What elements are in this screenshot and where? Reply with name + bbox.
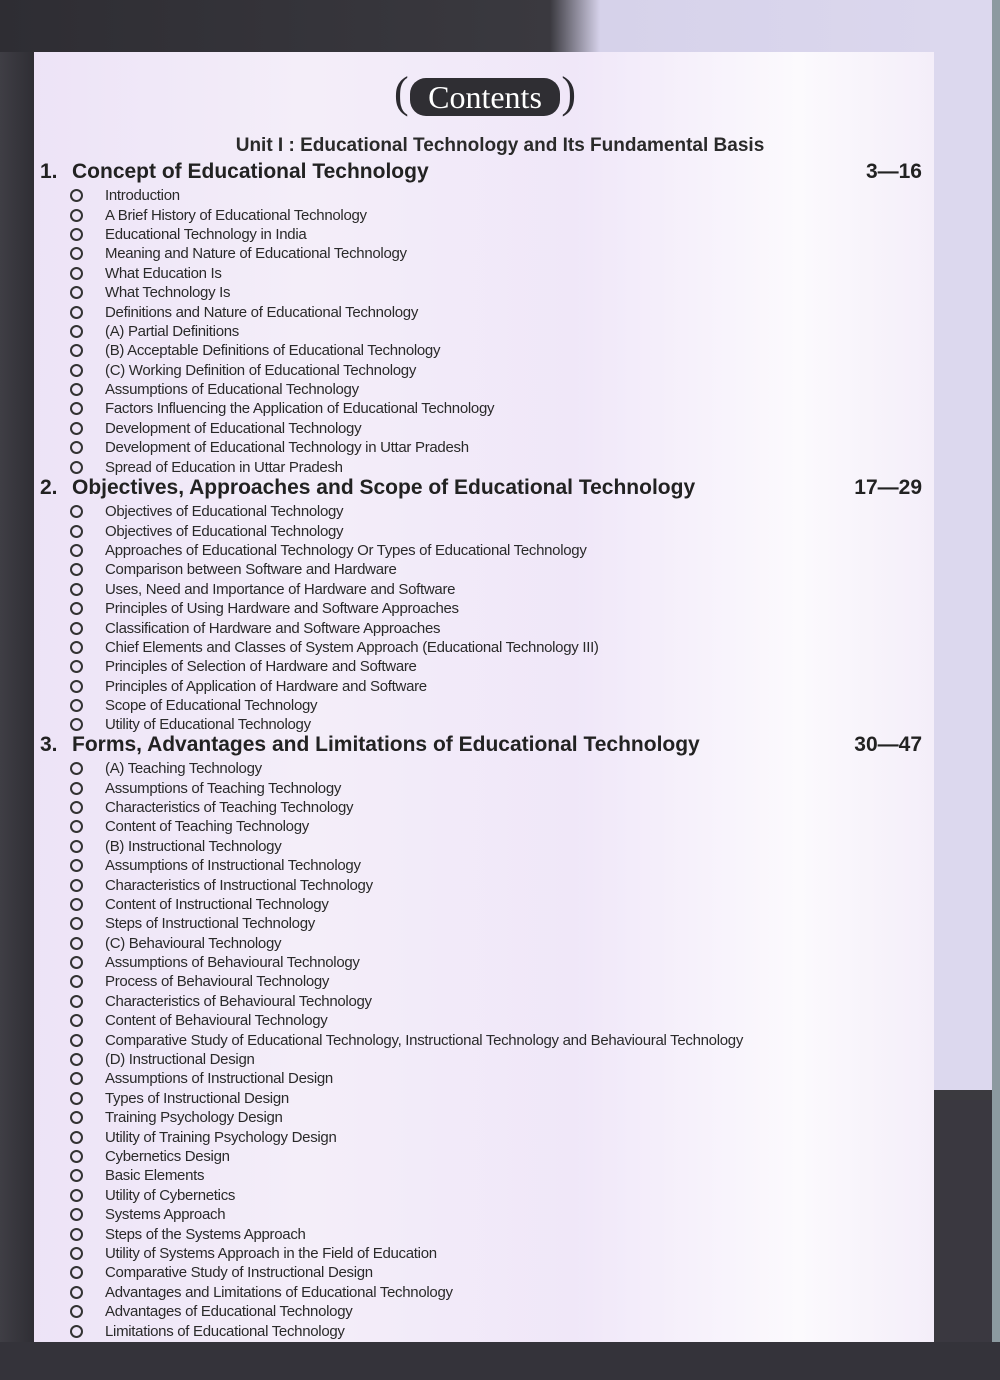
chapter-2-topics: Objectives of Educational TechnologyObje… [40, 502, 930, 735]
topic-item[interactable]: (A) Partial Definitions [40, 322, 930, 341]
topic-label: Content of Teaching Technology [105, 818, 309, 835]
topic-label: Assumptions of Educational Technology [105, 381, 359, 398]
chapter-pages: 17—29 [854, 476, 922, 500]
unit-title: Unit I : Educational Technology and Its … [0, 135, 1000, 157]
circle-bullet-icon [70, 956, 83, 969]
topic-label: (B) Acceptable Definitions of Educationa… [105, 342, 440, 359]
circle-bullet-icon [70, 441, 83, 454]
circle-bullet-icon [70, 641, 83, 654]
circle-bullet-icon [70, 461, 83, 474]
circle-bullet-icon [70, 344, 83, 357]
topic-item[interactable]: A Brief History of Educational Technolog… [40, 205, 930, 224]
right-background [930, 0, 1000, 1090]
circle-bullet-icon [70, 1266, 83, 1279]
topic-label: Training Psychology Design [105, 1109, 283, 1126]
topic-label: Characteristics of Instructional Technol… [105, 877, 373, 894]
topic-item[interactable]: Assumptions of Behavioural Technology [40, 953, 930, 972]
chapter-1: 1.Concept of Educational Technology 3—16… [40, 160, 930, 477]
topic-label: Spread of Education in Uttar Pradesh [105, 459, 343, 476]
topic-item[interactable]: Systems Approach [40, 1205, 930, 1224]
chapter-3-topics: (A) Teaching TechnologyAssumptions of Te… [40, 759, 930, 1341]
topic-item[interactable]: Comparison between Software and Hardware [40, 560, 930, 579]
topic-label: Advantages of Educational Technology [105, 1303, 352, 1320]
circle-bullet-icon [70, 859, 83, 872]
topic-label: Systems Approach [105, 1206, 225, 1223]
circle-bullet-icon [70, 1208, 83, 1221]
topic-item[interactable]: What Education Is [40, 264, 930, 283]
circle-bullet-icon [70, 975, 83, 988]
circle-bullet-icon [70, 1247, 83, 1260]
circle-bullet-icon [70, 247, 83, 260]
topic-label: Objectives of Educational Technology [105, 503, 343, 520]
topic-item[interactable]: Content of Teaching Technology [40, 817, 930, 836]
topic-item[interactable]: Scope of Educational Technology [40, 696, 930, 715]
topic-label: Uses, Need and Importance of Hardware an… [105, 581, 455, 598]
chapter-title: Forms, Advantages and Limitations of Edu… [72, 733, 700, 756]
topic-item[interactable]: Uses, Need and Importance of Hardware an… [40, 580, 930, 599]
topic-label: Characteristics of Teaching Technology [105, 799, 353, 816]
topic-item[interactable]: Comparative Study of Educational Technol… [40, 1030, 930, 1049]
topic-item[interactable]: (C) Working Definition of Educational Te… [40, 361, 930, 380]
right-dark-corner [940, 1100, 992, 1380]
topic-item[interactable]: Assumptions of Teaching Technology [40, 778, 930, 797]
circle-bullet-icon [70, 782, 83, 795]
circle-bullet-icon [70, 364, 83, 377]
topic-item[interactable]: Factors Influencing the Application of E… [40, 399, 930, 418]
chapter-heading[interactable]: 2.Objectives, Approaches and Scope of Ed… [40, 476, 930, 502]
topic-label: Steps of Instructional Technology [105, 915, 315, 932]
topic-label: Comparative Study of Educational Technol… [105, 1032, 743, 1049]
circle-bullet-icon [70, 622, 83, 635]
topic-label: Assumptions of Teaching Technology [105, 780, 341, 797]
topic-item[interactable]: Content of Instructional Technology [40, 895, 930, 914]
circle-bullet-icon [70, 1014, 83, 1027]
topic-label: (A) Teaching Technology [105, 760, 262, 777]
topic-label: Steps of the Systems Approach [105, 1226, 306, 1243]
topic-label: Content of Behavioural Technology [105, 1012, 327, 1029]
circle-bullet-icon [70, 1169, 83, 1182]
circle-bullet-icon [70, 1034, 83, 1047]
topic-item[interactable]: Utility of Cybernetics [40, 1186, 930, 1205]
topic-item[interactable]: Definitions and Nature of Educational Te… [40, 302, 930, 321]
topic-item[interactable]: Development of Educational Technology in… [40, 438, 930, 457]
topic-label: Limitations of Educational Technology [105, 1323, 345, 1340]
topic-item[interactable]: (B) Acceptable Definitions of Educationa… [40, 341, 930, 360]
topic-label: Assumptions of Behavioural Technology [105, 954, 360, 971]
topic-label: Objectives of Educational Technology [105, 523, 343, 540]
topic-item[interactable]: Objectives of Educational Technology [40, 502, 930, 521]
circle-bullet-icon [70, 879, 83, 892]
topic-item[interactable]: Utility of Training Psychology Design [40, 1127, 930, 1146]
topic-label: Approaches of Educational Technology Or … [105, 542, 587, 559]
topic-item[interactable]: Approaches of Educational Technology Or … [40, 541, 930, 560]
topic-label: Development of Educational Technology in… [105, 439, 469, 456]
topic-item[interactable]: Advantages of Educational Technology [40, 1302, 930, 1321]
circle-bullet-icon [70, 267, 83, 280]
topic-label: Assumptions of Instructional Design [105, 1070, 333, 1087]
topic-label: (C) Behavioural Technology [105, 935, 281, 952]
chapter-number: 1. [40, 160, 72, 184]
topic-label: Chief Elements and Classes of System App… [105, 639, 599, 656]
topic-item[interactable]: Principles of Using Hardware and Softwar… [40, 599, 930, 618]
topic-label: Comparison between Software and Hardware [105, 561, 397, 578]
topic-label: (B) Instructional Technology [105, 838, 281, 855]
topic-label: Content of Instructional Technology [105, 896, 329, 913]
circle-bullet-icon [70, 383, 83, 396]
circle-bullet-icon [70, 325, 83, 338]
topic-label: Scope of Educational Technology [105, 697, 317, 714]
topic-item[interactable]: Introduction [40, 186, 930, 205]
circle-bullet-icon [70, 917, 83, 930]
topic-item[interactable]: Educational Technology in India [40, 225, 930, 244]
circle-bullet-icon [70, 1305, 83, 1318]
circle-bullet-icon [70, 762, 83, 775]
topic-item[interactable]: (D) Instructional Design [40, 1050, 930, 1069]
topic-label: Principles of Using Hardware and Softwar… [105, 600, 459, 617]
topic-item[interactable]: Meaning and Nature of Educational Techno… [40, 244, 930, 263]
topic-label: (A) Partial Definitions [105, 323, 239, 340]
topic-label: (C) Working Definition of Educational Te… [105, 362, 416, 379]
circle-bullet-icon [70, 660, 83, 673]
topic-item[interactable]: Advantages and Limitations of Educationa… [40, 1283, 930, 1302]
circle-bullet-icon [70, 1072, 83, 1085]
topic-item[interactable]: Comparative Study of Instructional Desig… [40, 1263, 930, 1282]
chapter-title: Objectives, Approaches and Scope of Educ… [72, 476, 695, 499]
right-edge [992, 0, 1000, 1380]
circle-bullet-icon [70, 898, 83, 911]
circle-bullet-icon [70, 209, 83, 222]
topic-item[interactable]: Training Psychology Design [40, 1108, 930, 1127]
circle-bullet-icon [70, 525, 83, 538]
circle-bullet-icon [70, 1111, 83, 1124]
topic-item[interactable]: Basic Elements [40, 1166, 930, 1185]
topic-item[interactable]: Characteristics of Teaching Technology [40, 798, 930, 817]
circle-bullet-icon [70, 1286, 83, 1299]
circle-bullet-icon [70, 801, 83, 814]
chapter-pages: 30—47 [854, 733, 922, 757]
topic-label: Assumptions of Instructional Technology [105, 857, 361, 874]
circle-bullet-icon [70, 1189, 83, 1202]
chapter-2: 2.Objectives, Approaches and Scope of Ed… [40, 476, 930, 735]
topic-item[interactable]: Assumptions of Instructional Design [40, 1069, 930, 1088]
topic-label: Principles of Selection of Hardware and … [105, 658, 417, 675]
chapter-title: Concept of Educational Technology [72, 160, 429, 183]
chapter-pages: 3—16 [866, 160, 922, 184]
chapter-3: 3.Forms, Advantages and Limitations of E… [40, 733, 930, 1341]
circle-bullet-icon [70, 718, 83, 731]
chapter-heading[interactable]: 1.Concept of Educational Technology 3—16 [40, 160, 930, 186]
circle-bullet-icon [70, 189, 83, 202]
topic-item[interactable]: Steps of the Systems Approach [40, 1224, 930, 1243]
topic-item[interactable]: Steps of Instructional Technology [40, 914, 930, 933]
topic-item[interactable]: (A) Teaching Technology [40, 759, 930, 778]
circle-bullet-icon [70, 1053, 83, 1066]
topic-label: Classification of Hardware and Software … [105, 620, 440, 637]
topic-label: Types of Instructional Design [105, 1090, 289, 1107]
topic-label: Factors Influencing the Application of E… [105, 400, 494, 417]
topic-item[interactable]: Characteristics of Behavioural Technolog… [40, 992, 930, 1011]
circle-bullet-icon [70, 1150, 83, 1163]
topic-label: Educational Technology in India [105, 226, 306, 243]
topic-item[interactable]: Principles of Application of Hardware an… [40, 677, 930, 696]
contents-heading: ( Contents ) [396, 75, 574, 119]
topic-item[interactable]: Assumptions of Instructional Technology [40, 856, 930, 875]
topic-item[interactable]: Objectives of Educational Technology [40, 521, 930, 540]
topic-label: Cybernetics Design [105, 1148, 230, 1165]
topic-item[interactable]: Classification of Hardware and Software … [40, 618, 930, 637]
topic-label: Basic Elements [105, 1167, 204, 1184]
topic-item[interactable]: Principles of Selection of Hardware and … [40, 657, 930, 676]
topic-item[interactable]: Assumptions of Educational Technology [40, 380, 930, 399]
topic-label: Introduction [105, 187, 180, 204]
chapter-heading[interactable]: 3.Forms, Advantages and Limitations of E… [40, 733, 930, 759]
topic-label: What Education Is [105, 265, 222, 282]
top-dark-band [0, 0, 1000, 52]
circle-bullet-icon [70, 820, 83, 833]
topic-label: Utility of Cybernetics [105, 1187, 235, 1204]
topic-item[interactable]: What Technology Is [40, 283, 930, 302]
topic-label: Characteristics of Behavioural Technolog… [105, 993, 372, 1010]
circle-bullet-icon [70, 422, 83, 435]
topic-item[interactable]: Limitations of Educational Technology [40, 1321, 930, 1340]
circle-bullet-icon [70, 544, 83, 557]
topic-item[interactable]: Types of Instructional Design [40, 1089, 930, 1108]
circle-bullet-icon [70, 228, 83, 241]
circle-bullet-icon [70, 505, 83, 518]
left-paren-decoration: ( [394, 71, 409, 115]
circle-bullet-icon [70, 286, 83, 299]
circle-bullet-icon [70, 402, 83, 415]
topic-item[interactable]: Chief Elements and Classes of System App… [40, 638, 930, 657]
topic-label: Process of Behavioural Technology [105, 973, 329, 990]
topic-label: Utility of Educational Technology [105, 716, 311, 733]
circle-bullet-icon [70, 840, 83, 853]
topic-item[interactable]: (B) Instructional Technology [40, 837, 930, 856]
chapter-1-topics: IntroductionA Brief History of Education… [40, 186, 930, 477]
chapter-number: 2. [40, 476, 72, 500]
topic-label: A Brief History of Educational Technolog… [105, 207, 367, 224]
topic-item[interactable]: Utility of Educational Technology [40, 715, 930, 734]
topic-label: (D) Instructional Design [105, 1051, 255, 1068]
circle-bullet-icon [70, 563, 83, 576]
circle-bullet-icon [70, 680, 83, 693]
contents-title: Contents [410, 78, 560, 116]
circle-bullet-icon [70, 937, 83, 950]
book-spine-shadow [0, 0, 34, 1380]
circle-bullet-icon [70, 1092, 83, 1105]
topic-item[interactable]: (C) Behavioural Technology [40, 934, 930, 953]
topic-label: Utility of Systems Approach in the Field… [105, 1245, 437, 1262]
circle-bullet-icon [70, 306, 83, 319]
bottom-dark-band [0, 1342, 1000, 1380]
circle-bullet-icon [70, 602, 83, 615]
topic-label: Advantages and Limitations of Educationa… [105, 1284, 453, 1301]
topic-item[interactable]: Process of Behavioural Technology [40, 972, 930, 991]
topic-label: Principles of Application of Hardware an… [105, 678, 427, 695]
topic-label: Meaning and Nature of Educational Techno… [105, 245, 407, 262]
topic-item[interactable]: Development of Educational Technology [40, 419, 930, 438]
topic-label: Definitions and Nature of Educational Te… [105, 304, 418, 321]
circle-bullet-icon [70, 699, 83, 712]
circle-bullet-icon [70, 995, 83, 1008]
topic-item[interactable]: Spread of Education in Uttar Pradesh [40, 457, 930, 476]
topic-item[interactable]: Content of Behavioural Technology [40, 1011, 930, 1030]
topic-label: Utility of Training Psychology Design [105, 1129, 337, 1146]
circle-bullet-icon [70, 583, 83, 596]
circle-bullet-icon [70, 1325, 83, 1338]
topic-item[interactable]: Utility of Systems Approach in the Field… [40, 1244, 930, 1263]
topic-label: Development of Educational Technology [105, 420, 361, 437]
right-paren-decoration: ) [561, 71, 576, 115]
chapter-number: 3. [40, 733, 72, 757]
topic-label: Comparative Study of Instructional Desig… [105, 1264, 373, 1281]
topic-item[interactable]: Cybernetics Design [40, 1147, 930, 1166]
circle-bullet-icon [70, 1228, 83, 1241]
topic-item[interactable]: Characteristics of Instructional Technol… [40, 875, 930, 894]
circle-bullet-icon [70, 1131, 83, 1144]
topic-label: What Technology Is [105, 284, 230, 301]
